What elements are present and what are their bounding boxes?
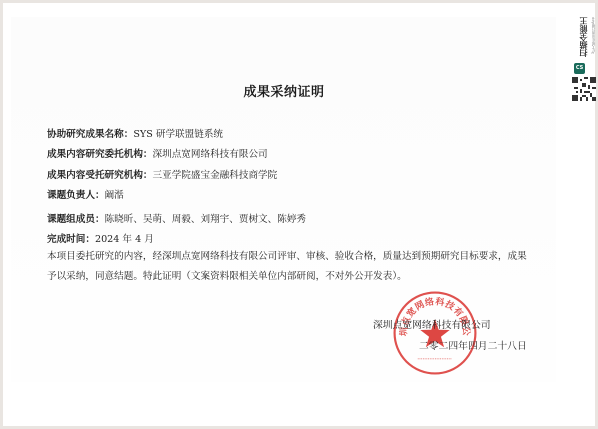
field-label: 完成时间： xyxy=(47,234,95,245)
signature-date: 二零二四年四月二十八日 xyxy=(419,338,527,352)
field-completion-date: 完成时间：2024 年 4 月 xyxy=(47,231,154,245)
signature-company: 深圳点宽网络科技有限公司 xyxy=(373,317,491,331)
field-label: 成果内容研究委托机构： xyxy=(47,149,153,160)
field-project-lead: 课题负责人：阚湉 xyxy=(47,187,124,201)
field-value: 阚湉 xyxy=(105,190,124,201)
company-seal: 深圳点宽网络科技有限公司 xyxy=(392,290,478,376)
field-research-name: 协助研究成果名称：SYS 研学联盟链系统 xyxy=(47,126,223,140)
camscanner-logo-icon: CS xyxy=(574,63,585,74)
field-value: 陈晓昕、吴萌、周毅、刘翔宇、贾树文、陈婷秀 xyxy=(105,214,306,225)
field-value: 三亚学院盛宝金融科技商学院 xyxy=(153,170,278,181)
statement-line-2: 予以采纳，同意结题。特此证明（文案资料限相关单位内部研阅，不对外公开发表）。 xyxy=(47,267,537,287)
field-commissioning-org: 成果内容研究委托机构：深圳点宽网络科技有限公司 xyxy=(47,146,268,160)
qr-code-icon xyxy=(572,77,596,101)
field-label: 课题负责人： xyxy=(47,190,105,201)
field-label: 成果内容受托研究机构： xyxy=(47,170,153,181)
field-contracted-org: 成果内容受托研究机构：三亚学院盛宝金融科技商学院 xyxy=(47,167,277,181)
field-team-members: 课题组成员：陈晓昕、吴萌、周毅、刘翔宇、贾树文、陈婷秀 xyxy=(47,211,306,225)
field-value: 深圳点宽网络科技有限公司 xyxy=(153,149,268,160)
watermark-app-name: 扫描全能王 xyxy=(578,17,589,57)
field-label: 协助研究成果名称： xyxy=(47,129,133,140)
watermark-tagline: 3亿人都在用的扫描App xyxy=(590,17,595,54)
field-value: 2024 年 4 月 xyxy=(95,234,154,245)
field-value: SYS 研学联盟链系统 xyxy=(133,129,223,140)
field-label: 课题组成员： xyxy=(47,214,105,225)
certification-statement: 本项目委托研究的内容，经深圳点宽网络科技有限公司评审、审核、验收合格，质量达到预… xyxy=(47,247,537,287)
document-title: 成果采纳证明 xyxy=(3,81,565,100)
statement-line-1: 本项目委托研究的内容，经深圳点宽网络科技有限公司评审、审核、验收合格，质量达到预… xyxy=(47,247,537,267)
document-page: 成果采纳证明 协助研究成果名称：SYS 研学联盟链系统 成果内容研究委托机构：深… xyxy=(3,3,595,426)
